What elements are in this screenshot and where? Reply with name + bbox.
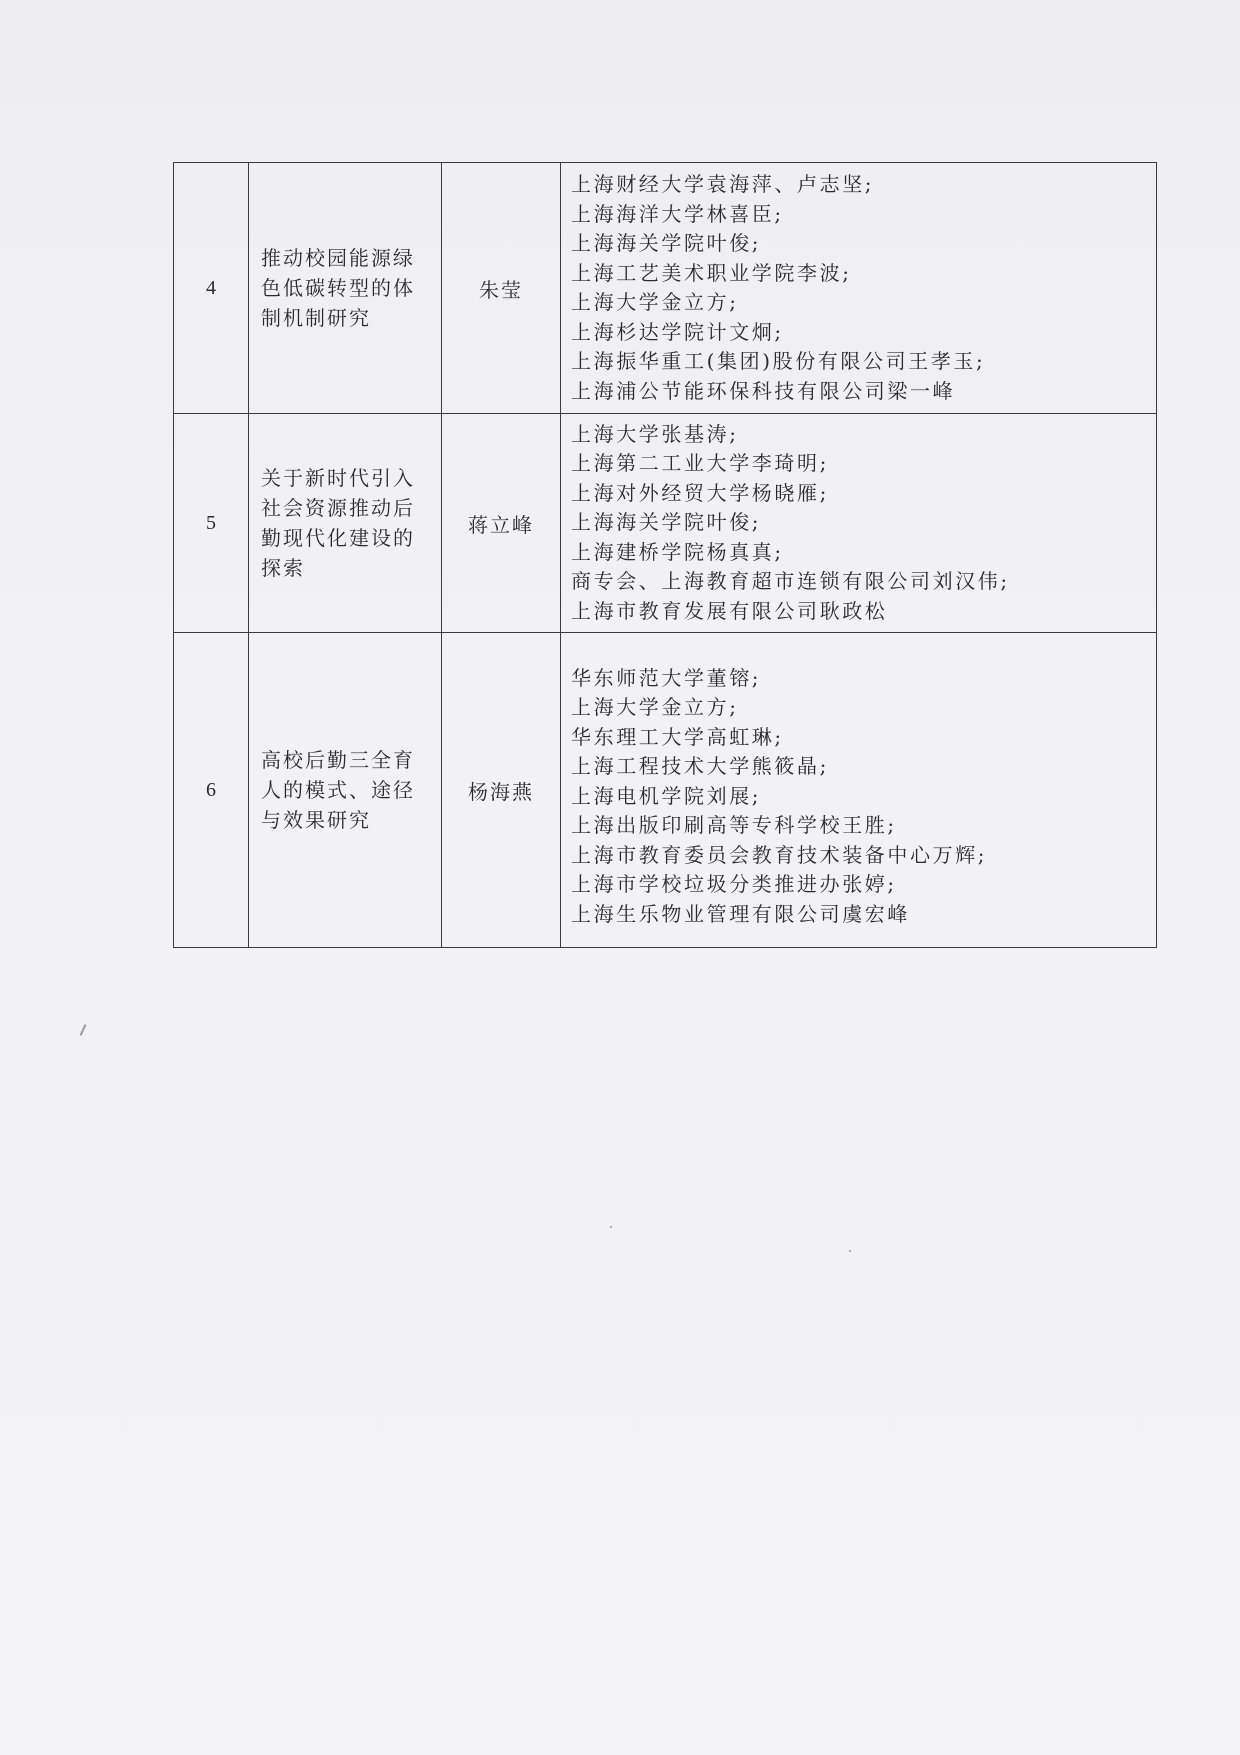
member-item: 上海市学校垃圾分类推进办张婷; [571, 870, 1156, 900]
group-members: 上海财经大学袁海萍、卢志坚; 上海海洋大学林喜臣; 上海海关学院叶俊; 上海工艺… [561, 163, 1157, 414]
member-item: 华东理工大学高虹琳; [571, 723, 1156, 753]
research-topic: 关于新时代引入社会资源推动后勤现代化建设的探索 [249, 414, 442, 633]
member-item: 上海建桥学院杨真真; [571, 538, 1156, 568]
member-list: 华东师范大学董镕; 上海大学金立方; 华东理工大学高虹琳; 上海工程技术大学熊筱… [571, 664, 1156, 930]
member-item: 上海财经大学袁海萍、卢志坚; [571, 170, 1156, 200]
member-item: 上海海洋大学林喜臣; [571, 200, 1156, 230]
member-item: 上海浦公节能环保科技有限公司梁一峰 [571, 377, 1156, 407]
member-item: 上海电机学院刘展; [571, 782, 1156, 812]
group-leader: 朱莹 [442, 163, 561, 414]
row-number: 6 [174, 633, 249, 948]
group-members: 华东师范大学董镕; 上海大学金立方; 华东理工大学高虹琳; 上海工程技术大学熊筱… [561, 633, 1157, 948]
member-list: 上海大学张基涛; 上海第二工业大学李琦明; 上海对外经贸大学杨晓雁; 上海海关学… [571, 420, 1156, 627]
member-item: 上海大学金立方; [571, 288, 1156, 318]
scan-speck [849, 1250, 851, 1252]
scanned-page: 4 推动校园能源绿色低碳转型的体制机制研究 朱莹 上海财经大学袁海萍、卢志坚; … [0, 0, 1240, 1755]
member-item: 上海海关学院叶俊; [571, 508, 1156, 538]
member-item: 上海工程技术大学熊筱晶; [571, 752, 1156, 782]
member-list: 上海财经大学袁海萍、卢志坚; 上海海洋大学林喜臣; 上海海关学院叶俊; 上海工艺… [571, 170, 1156, 406]
scan-speck [610, 1226, 612, 1228]
member-item: 上海出版印刷高等专科学校王胜; [571, 811, 1156, 841]
member-item: 上海海关学院叶俊; [571, 229, 1156, 259]
member-item: 上海杉达学院计文炯; [571, 318, 1156, 348]
row-number: 4 [174, 163, 249, 414]
table-row: 5 关于新时代引入社会资源推动后勤现代化建设的探索 蒋立峰 上海大学张基涛; 上… [174, 414, 1157, 633]
member-item: 上海振华重工(集团)股份有限公司王孝玉; [571, 347, 1156, 377]
member-item: 华东师范大学董镕; [571, 664, 1156, 694]
member-item: 上海市教育委员会教育技术装备中心万辉; [571, 841, 1156, 871]
row-number: 5 [174, 414, 249, 633]
member-item: 商专会、上海教育超市连锁有限公司刘汉伟; [571, 567, 1156, 597]
table-row: 4 推动校园能源绿色低碳转型的体制机制研究 朱莹 上海财经大学袁海萍、卢志坚; … [174, 163, 1157, 414]
scan-mark [80, 1024, 87, 1036]
group-leader: 蒋立峰 [442, 414, 561, 633]
member-item: 上海大学张基涛; [571, 420, 1156, 450]
member-item: 上海工艺美术职业学院李波; [571, 259, 1156, 289]
member-item: 上海第二工业大学李琦明; [571, 449, 1156, 479]
research-group-table: 4 推动校园能源绿色低碳转型的体制机制研究 朱莹 上海财经大学袁海萍、卢志坚; … [173, 162, 1157, 948]
research-topic: 推动校园能源绿色低碳转型的体制机制研究 [249, 163, 442, 414]
research-topic: 高校后勤三全育人的模式、途径与效果研究 [249, 633, 442, 948]
group-leader: 杨海燕 [442, 633, 561, 948]
member-item: 上海大学金立方; [571, 693, 1156, 723]
table-row: 6 高校后勤三全育人的模式、途径与效果研究 杨海燕 华东师范大学董镕; 上海大学… [174, 633, 1157, 948]
member-item: 上海市教育发展有限公司耿政松 [571, 597, 1156, 627]
group-members: 上海大学张基涛; 上海第二工业大学李琦明; 上海对外经贸大学杨晓雁; 上海海关学… [561, 414, 1157, 633]
member-item: 上海对外经贸大学杨晓雁; [571, 479, 1156, 509]
member-item: 上海生乐物业管理有限公司虞宏峰 [571, 900, 1156, 930]
